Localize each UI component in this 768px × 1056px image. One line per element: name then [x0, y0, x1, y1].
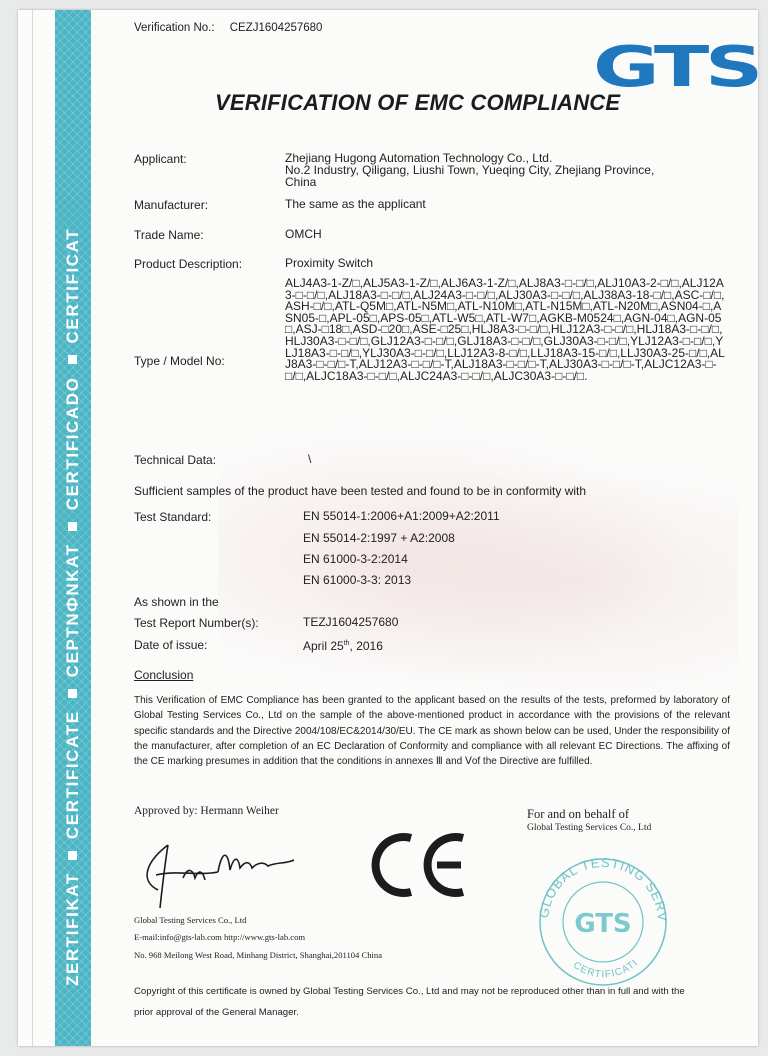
ribbon-word: ZERTIFIKAT [63, 872, 82, 986]
manufacturer-value: The same as the applicant [285, 198, 426, 211]
signature-icon [138, 840, 318, 910]
applicant-address-line1: No.2 Industry, Qiligang, Liushi Town, Yu… [285, 164, 654, 177]
lab-company: Global Testing Services Co., Ltd [134, 915, 246, 925]
verification-value: CEZJ1604257680 [230, 22, 323, 34]
conformity-statement: Sufficient samples of the product have b… [134, 484, 586, 498]
verification-number: Verification No.: CEZJ1604257680 [134, 22, 322, 34]
certificate-page: ZERTIFIKATCERTIFICATECEPTNФNKATCERTIFICA… [18, 10, 758, 1046]
on-behalf-line2: Global Testing Services Co., Ltd [527, 823, 651, 833]
type-model-label: Type / Model No: [134, 354, 225, 368]
test-report-label: Test Report Number(s): [134, 616, 259, 630]
applicant-address-line2: China [285, 176, 316, 189]
square-separator-icon [68, 689, 77, 698]
lab-address: No. 968 Meilong West Road, Minhang Distr… [134, 950, 382, 960]
test-standard-item: EN 55014-2:1997 + A2:2008 [303, 532, 455, 545]
date-of-issue-value: April 25th, 2016 [303, 638, 383, 653]
type-model-list: ALJ4A3-1-Z/□,ALJ5A3-1-Z/□,ALJ6A3-1-Z/□,A… [285, 278, 725, 382]
as-shown-label: As shown in the [134, 595, 219, 609]
ce-mark-icon [363, 830, 473, 900]
approved-by: Approved by: Hermann Weiher [134, 805, 279, 817]
copyright-line1: Copyright of this certificate is owned b… [134, 981, 734, 1002]
page-title: VERIFICATION OF EMC COMPLIANCE [215, 90, 620, 116]
conclusion-text: This Verification of EMC Compliance has … [134, 693, 730, 769]
square-separator-icon [68, 522, 77, 531]
technical-data-label: Technical Data: [134, 453, 216, 467]
ribbon-word: CEPTNФNKAT [63, 543, 82, 677]
lab-contact: E-mail:info@gts-lab.com http://www.gts-l… [134, 932, 305, 942]
trade-name-value: OMCH [285, 228, 322, 241]
test-standard-item: EN 61000-3-2:2014 [303, 553, 408, 566]
gts-logo: GTS [593, 40, 758, 96]
verification-label: Verification No.: [134, 22, 215, 34]
square-separator-icon [68, 356, 77, 365]
conclusion-heading: Conclusion [134, 668, 193, 682]
trade-name-label: Trade Name: [134, 228, 204, 242]
world-map-watermark [218, 430, 738, 710]
date-year: , 2016 [350, 639, 383, 653]
product-description-label: Product Description: [134, 257, 242, 271]
square-separator-icon [68, 851, 77, 860]
copyright-notice: Copyright of this certificate is owned b… [134, 981, 734, 1023]
product-description-value: Proximity Switch [285, 257, 373, 270]
ribbon-word: CERTIFICAT [63, 228, 82, 344]
on-behalf-line1: For and on behalf of [527, 807, 629, 822]
copyright-line2: prior approval of the General Manager. [134, 1002, 734, 1023]
certification-stamp-icon: GLOBAL TESTING SERVICES CO.,LTD. CERTIFI… [528, 850, 678, 990]
date-day: April 25 [303, 639, 344, 653]
test-standard-item: EN 61000-3-3: 2013 [303, 574, 411, 587]
test-standard-label: Test Standard: [134, 510, 211, 524]
certificate-ribbon: ZERTIFIKATCERTIFICATECEPTNФNKATCERTIFICA… [55, 10, 91, 1046]
manufacturer-label: Manufacturer: [134, 198, 208, 212]
ribbon-word: CERTIFICATE [63, 710, 82, 839]
applicant-label: Applicant: [134, 152, 187, 166]
svg-text:GTS: GTS [574, 909, 631, 939]
test-report-number: TEZJ1604257680 [303, 616, 398, 629]
ribbon-text: ZERTIFIKATCERTIFICATECEPTNФNKATCERTIFICA… [63, 228, 83, 986]
date-of-issue-label: Date of issue: [134, 638, 207, 652]
test-standard-item: EN 55014-1:2006+A1:2009+A2:2011 [303, 510, 500, 523]
page-edge-line [32, 10, 33, 1046]
ribbon-word: CERTIFICADO [63, 377, 82, 511]
technical-data-value: \ [308, 453, 311, 466]
